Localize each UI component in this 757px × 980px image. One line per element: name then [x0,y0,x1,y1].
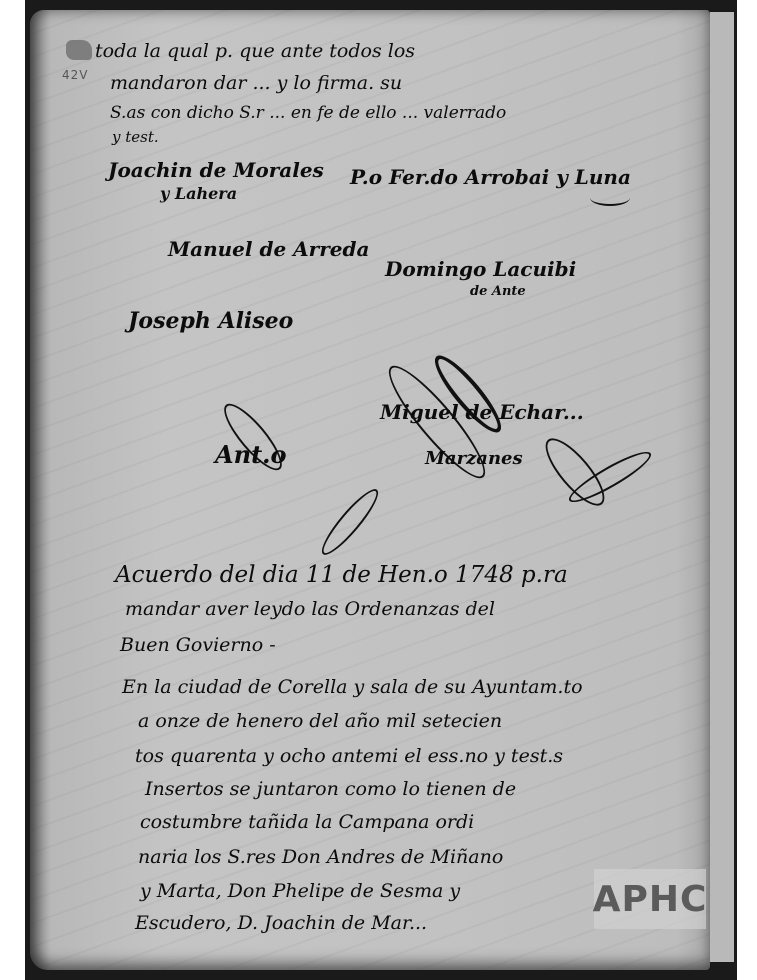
entry-body-line: y Marta, Don Phelipe de Sesma y [140,880,460,902]
signature-arreda: Manuel de Arreda [168,237,369,261]
archive-stamp-icon [66,40,92,60]
text-line: S.as con dicho S.r ... en fe de ello ...… [110,103,506,123]
entry-body-line: a onze de henero del año mil setecien [138,710,502,732]
text-line: y test. [112,128,159,146]
folio-number: 42V [62,68,88,82]
signature-marzanes: Marzanes [425,448,523,469]
entry-heading-line: Acuerdo del dia 11 de Hen.o 1748 p.ra [115,562,568,588]
signature-ant: Ant.o [215,440,287,469]
entry-body-line: tos quarenta y ocho antemi el ess.no y t… [135,745,563,767]
signature-morales: Joachin de Morales [108,158,324,182]
entry-body-line: En la ciudad de Corella y sala de su Ayu… [122,676,583,698]
signature-flourish [590,190,630,206]
adjacent-page-edge [710,12,734,962]
entry-body-line: Escudero, D. Joachin de Mar... [135,912,427,934]
archive-watermark: APHC [594,869,706,929]
entry-body-line: costumbre tañida la Campana ordi [140,811,474,833]
signature-arrobai: P.o Fer.do Arrobai y Luna [350,165,631,189]
text-line: toda la qual p. que ante todos los [95,40,415,62]
signature-lacuibi-line2: de Ante [470,284,526,299]
entry-body-line: naria los S.res Don Andres de Miñano [138,846,503,868]
signature-aliseo: Joseph Aliseo [128,308,293,334]
text-line: mandaron dar ... y lo firma. su [110,72,402,94]
signature-morales-line2: y Lahera [160,184,237,203]
entry-heading-line: Buen Govierno - [120,634,276,656]
signature-lacuibi: Domingo Lacuibi [385,257,576,281]
entry-body-line: Insertos se juntaron como lo tienen de [145,778,516,800]
entry-heading-line: mandar aver leydo las Ordenanzas del [125,598,495,620]
signature-echar: Miguel de Echar... [380,400,584,424]
